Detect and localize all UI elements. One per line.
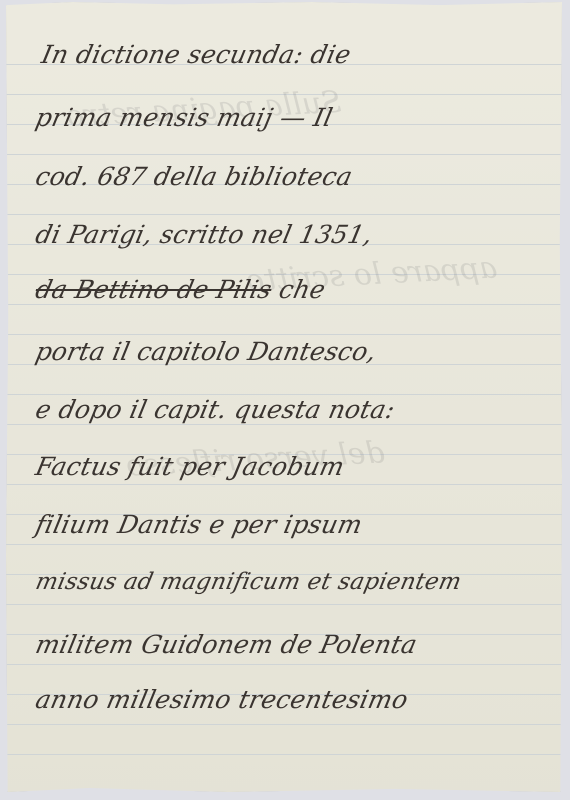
manuscript-line-4: di Parigi, scritto nel 1351, (33, 220, 375, 249)
struck-through-text: da Bettino de Pilis (33, 275, 275, 304)
manuscript-line-7: e dopo il capit. questa nota: (33, 395, 398, 424)
manuscript-line-6: porta il capitolo Dantesco, (33, 337, 379, 366)
manuscript-page: Sulla pagina retro appare lo scritto del… (6, 2, 562, 792)
ruled-line (6, 304, 562, 305)
ruled-line (6, 334, 562, 335)
manuscript-line-3: cod. 687 della biblioteca (33, 162, 355, 191)
ruled-line (6, 544, 562, 545)
manuscript-line-5: da Bettino de Pilis che (33, 275, 328, 304)
ruled-line (6, 154, 562, 155)
manuscript-line-9: filium Dantis e per ipsum (33, 510, 365, 539)
manuscript-line-1: In dictione secunda: die (39, 40, 354, 69)
manuscript-line-10: missus ad magnificum et sapientem (33, 569, 464, 595)
manuscript-line-2: prima mensis maij — Il (33, 103, 335, 132)
manuscript-line-11: militem Guidonem de Polenta (33, 630, 420, 659)
ruled-line (6, 604, 562, 605)
ruled-line (6, 214, 562, 215)
manuscript-line-8: Factus fuit per Jacobum (33, 452, 347, 481)
ruled-line (6, 424, 562, 425)
ruled-line (6, 754, 562, 755)
ruled-line (6, 664, 562, 665)
ruled-line (6, 724, 562, 725)
manuscript-line-12: anno millesimo trecentesimo (33, 685, 411, 714)
ruled-line (6, 484, 562, 485)
